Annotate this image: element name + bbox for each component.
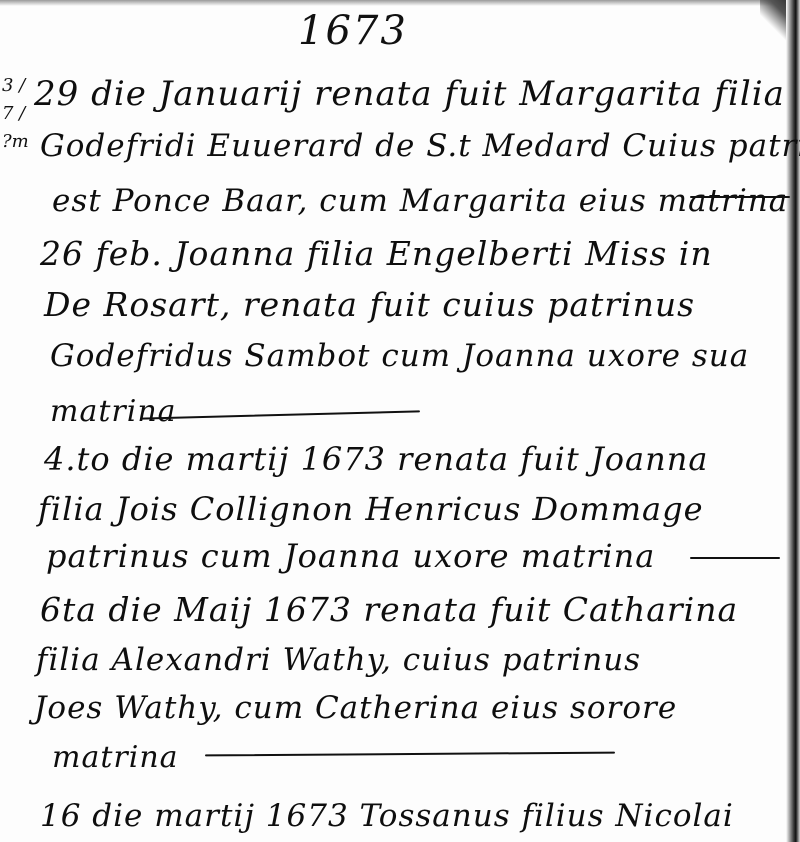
text-line-8: 4.to die martij 1673 renata fuit Joanna bbox=[44, 440, 708, 478]
text-line-7: matrina bbox=[50, 394, 177, 429]
text-line-2: Godefridi Euuerard de S.t Medard Cuius p… bbox=[40, 128, 800, 164]
text-line-3: est Ponce Baar, cum Margarita eius matri… bbox=[52, 183, 788, 219]
text-line-6: Godefridus Sambot cum Joanna uxore sua bbox=[50, 338, 749, 374]
text-line-4: 26 feb. Joanna filia Engelberti Miss in bbox=[40, 234, 713, 273]
register-page: 1673 3 / 7 / ?m 29 die Januarij renata f… bbox=[0, 0, 800, 842]
margin-note: 3 / 7 / ?m bbox=[2, 72, 32, 156]
text-line-13: Joes Wathy, cum Catherina eius sorore bbox=[34, 690, 677, 726]
year-header: 1673 bbox=[298, 8, 408, 54]
text-line-9: filia Jois Collignon Henricus Dommage bbox=[38, 490, 704, 528]
entry-end-rule-4 bbox=[205, 752, 615, 757]
entry-end-rule-1 bbox=[690, 196, 790, 198]
text-line-14: matrina bbox=[52, 740, 179, 775]
page-right-edge bbox=[786, 0, 800, 842]
text-line-5: De Rosart, renata fuit cuius patrinus bbox=[44, 285, 695, 324]
text-line-15: 16 die martij 1673 Tossanus filius Nicol… bbox=[40, 798, 734, 834]
text-line-12: filia Alexandri Wathy, cuius patrinus bbox=[36, 642, 641, 678]
page-top-edge bbox=[0, 0, 790, 6]
entry-end-rule-2 bbox=[140, 410, 420, 419]
text-line-1: 29 die Januarij renata fuit Margarita fi… bbox=[34, 74, 785, 114]
text-line-10: patrinus cum Joanna uxore matrina bbox=[46, 537, 655, 575]
text-line-11: 6ta die Maij 1673 renata fuit Catharina bbox=[40, 590, 738, 629]
entry-end-rule-3 bbox=[690, 557, 780, 559]
